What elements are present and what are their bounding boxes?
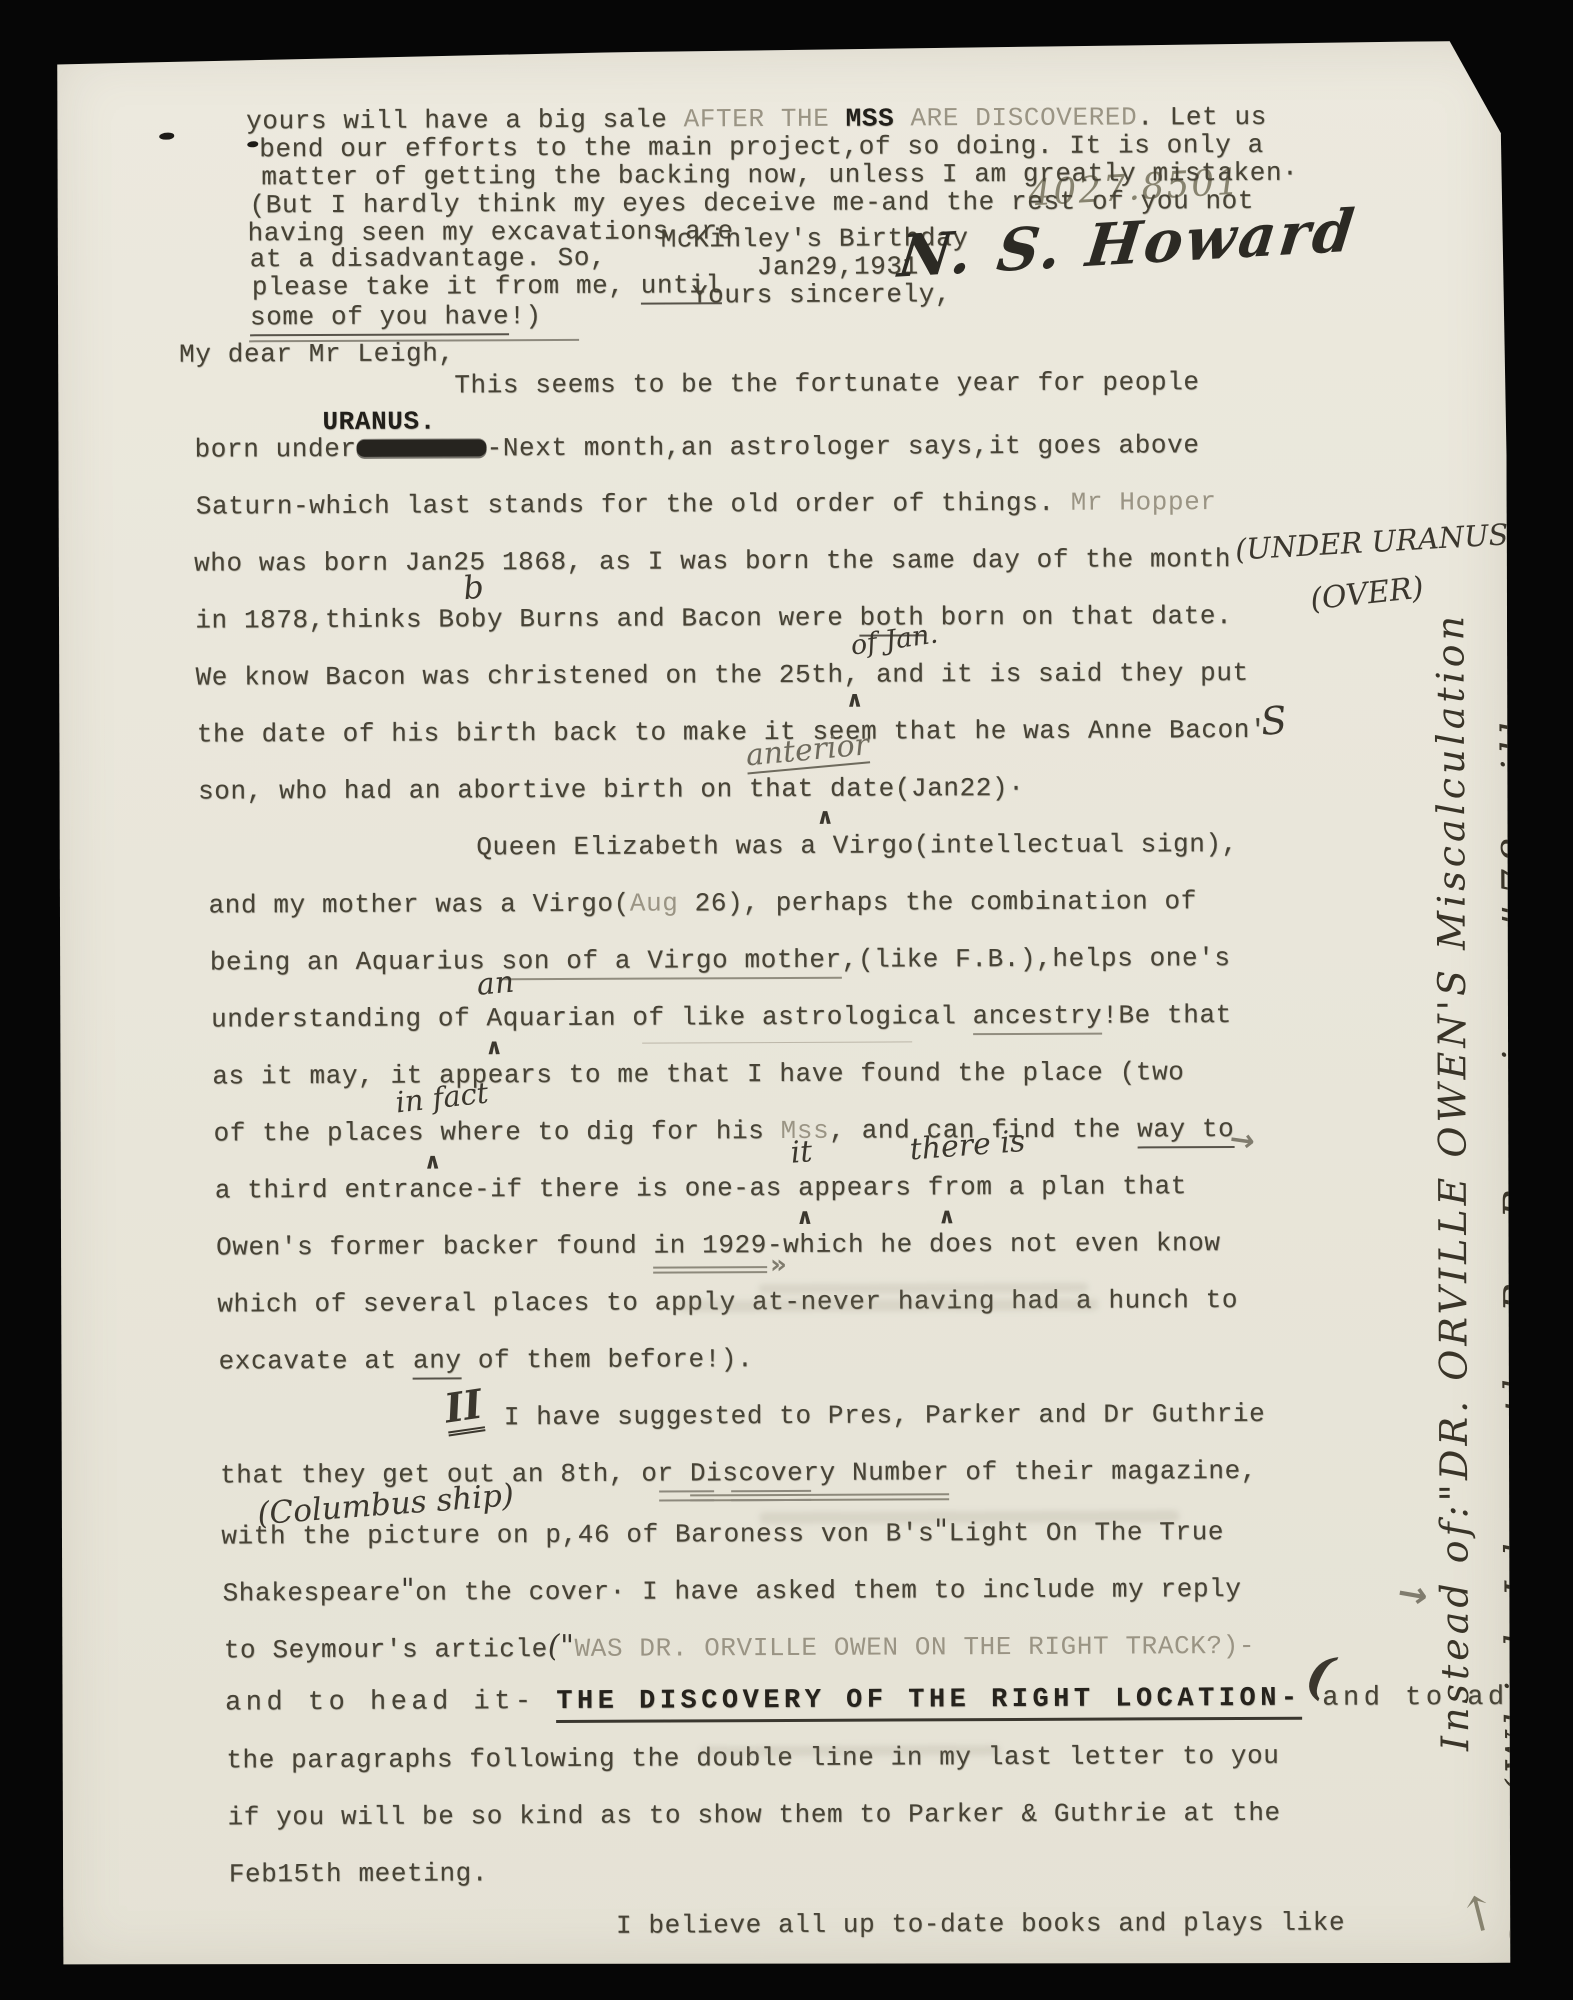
typed-line: We know Bacon was christened on the 25th… (196, 660, 1249, 691)
text-segment: please take it from me, (252, 271, 641, 303)
bleed-through (759, 1510, 1179, 1524)
text-segment: !Be that (1102, 1000, 1232, 1031)
text-segment: ,(like F.B.),helps one's (842, 943, 1231, 975)
typed-line: born under-Next month,an astrologer says… (195, 432, 1200, 462)
caret-icon: ∧ (846, 690, 864, 712)
text-segment: in 1878,thinks Boby Burns and Bacon were (195, 603, 859, 636)
text-segment: (" (548, 1629, 575, 1664)
typed-line: This seems to be the fortunate year for … (454, 369, 1199, 398)
margin-note-instead-of: Instead of:"DR. ORVILLE OWEN'S Miscalcul… (1432, 691, 1481, 1751)
way-to-arrow-icon: → (1228, 1124, 1257, 1157)
text-segment: Discovery Number (690, 1457, 949, 1501)
paper-crease (642, 1041, 912, 1043)
text-segment: Mr Hopper (1071, 487, 1217, 518)
typed-line: Shakespeare"on the cover· I have asked t… (222, 1572, 1241, 1606)
insertion-there-is: there is (909, 1127, 1027, 1165)
bleed-through (700, 1745, 1000, 1756)
typed-line: URANUS. (322, 409, 436, 435)
typed-line: if you will be so kind as to show them t… (227, 1800, 1280, 1831)
text-segment: ancestry (973, 1001, 1103, 1036)
typed-line: having seen my excavations are (248, 218, 734, 246)
insertion-an: an (476, 968, 516, 1001)
text-segment: Owen's former backer found (216, 1231, 654, 1263)
underline-arrowhead-icon: » (770, 1252, 787, 1278)
typed-line: as it may, it appears to me that I have … (212, 1059, 1184, 1089)
typed-line: the date of his birth back to make it se… (197, 717, 1266, 748)
typed-line: to Seymour's article("WAS DR. ORVILLE OW… (224, 1629, 1255, 1663)
scanned-letter-page: { "header": { "penciled_number": "4027.8… (0, 0, 1573, 2000)
typed-line: Owen's former backer found in 1929-which… (216, 1230, 1221, 1260)
text-segment: and to add (1302, 1683, 1530, 1714)
text-segment: yours will have a big sale (246, 104, 684, 136)
paragraph-ii-mark: II (442, 1385, 486, 1437)
margin-over: (OVER) (1309, 573, 1425, 615)
typed-line: of the places where to dig for his Mss, … (213, 1116, 1234, 1146)
text-segment: on the cover· I have asked them to inclu… (415, 1574, 1241, 1608)
text-segment: understanding of Aquarian of like astrol… (211, 1001, 973, 1034)
text-segment: any (413, 1345, 462, 1379)
insertion-in-fact: in fact (394, 1079, 490, 1118)
arrow-to-margin-note-icon: → (1395, 1575, 1431, 1616)
typed-line: Saturn-which last stands for the old ord… (196, 489, 1217, 519)
text-segment: son, who had an abortive birth on that d… (198, 773, 1024, 807)
caret-icon: ∧ (816, 807, 834, 829)
bleed-through (678, 1299, 1098, 1313)
text-segment: being an Aquarius (210, 946, 502, 977)
text-segment: Feb15th meeting. (229, 1858, 488, 1889)
typed-line: that they get out an 8th, or Discovery N… (220, 1458, 1257, 1489)
text-segment: -which he does not even know (767, 1228, 1221, 1260)
typed-line: excavate at any of them before!). (218, 1346, 753, 1374)
typed-line: and to head it- THE DISCOVERY OF THE RIG… (225, 1685, 1529, 1718)
text-segment: Shakespeare (222, 1578, 400, 1609)
typed-line: son, who had an abortive birth on that d… (198, 775, 1024, 805)
up-arrow-icon: ↑ (1454, 1887, 1505, 1943)
typed-line: at a disadvantage. So, (250, 245, 607, 273)
text-segment: in 1929 (653, 1230, 767, 1273)
text-segment: of them before!). (462, 1344, 754, 1375)
text-segment: " (401, 1573, 416, 1608)
caret-icon: ∧ (796, 1207, 814, 1229)
crossed-out-word (357, 439, 487, 457)
caret-icon: ∧ (424, 1151, 442, 1173)
inserted-letter-b: b (462, 570, 485, 604)
text-segment: Saturn-which last stands for the old ord… (196, 488, 1071, 522)
text-segment: This seems to be the fortunate year for … (454, 367, 1199, 400)
typed-line: Feb15th meeting. (229, 1860, 488, 1887)
caret-icon: ∧ (485, 1037, 503, 1059)
top-note-label: (top) (1506, 1909, 1573, 1948)
typed-line: who was born Jan25 1868, as I was born t… (194, 546, 1231, 577)
text-segment: son of a Virgo mother (501, 945, 841, 980)
inserted-letter-s: S (1259, 701, 1288, 741)
margin-under-uranus: (UNDER URANUS), (1234, 519, 1529, 565)
text-segment: AFTER THE (684, 104, 846, 135)
text-segment (894, 103, 910, 133)
text-segment: who was born Jan25 1868, as I was born t… (194, 544, 1231, 579)
insertion-anterior: anterior (745, 730, 871, 774)
text-segment: as it may, it appears to me that I have … (212, 1057, 1184, 1091)
text-segment: WAS DR. ORVILLE OWEN ON THE RIGHT TRACK?… (575, 1631, 1256, 1664)
typed-line: I believe all up to-date books and plays… (616, 1910, 1345, 1939)
ink-speck (159, 133, 174, 140)
text-segment: until (641, 270, 722, 304)
bleed-through (758, 1283, 1088, 1294)
text-segment: Aug (630, 888, 679, 918)
typed-line: a third entrance-if there is one-as appe… (215, 1173, 1187, 1203)
text-segment: some of you have (250, 301, 509, 336)
double-line-mark (659, 1490, 714, 1501)
text-segment: excavate at (218, 1346, 413, 1377)
text-segment: !) (509, 301, 542, 331)
text-segment: of the places where to dig for his (213, 1116, 780, 1148)
text-segment: way to (1137, 1114, 1234, 1148)
text-segment: and to head it- (225, 1687, 556, 1718)
text-segment: THE DISCOVERY OF THE RIGHT LOCATION- (556, 1684, 1301, 1723)
text-segment: We know Bacon was christened on the 25th… (196, 658, 1249, 693)
typed-line: My dear Mr Leigh, (179, 340, 455, 367)
text-segment: and my mother was a Virgo( (208, 889, 629, 921)
typed-line: in 1878,thinks Boby Burns and Bacon were… (195, 603, 1232, 634)
double-line-mark (731, 1490, 811, 1501)
text-segment: a third entrance-if there is one-as appe… (215, 1171, 1187, 1205)
text-segment: Queen Elizabeth was a Virgo(intellectual… (476, 829, 1238, 862)
letter-paper: 4027.8501 McKinley's Birthday Jan29,1931… (53, 41, 1513, 1969)
text-segment: MSS (846, 104, 895, 134)
text-segment: the date of his birth back to make it se… (197, 715, 1266, 750)
typed-line: understanding of Aquarian of like astrol… (211, 1002, 1232, 1032)
text-segment: My dear Mr Leigh, (179, 338, 455, 369)
text-segment: . Let us (1137, 102, 1267, 133)
text-segment: born on that date. (924, 601, 1232, 632)
typed-line: please take it from me, until (252, 272, 722, 300)
typed-line: some of you have!) (250, 303, 542, 330)
text-segment: URANUS. (322, 407, 436, 437)
text-segment: I have suggested to Pres, Parker and Dr … (504, 1399, 1266, 1432)
typed-line: I have suggested to Pres, Parker and Dr … (504, 1401, 1266, 1430)
text-segment: (But I hardly think my eyes deceive me-a… (249, 186, 1254, 220)
caret-icon: ∧ (938, 1206, 956, 1228)
typed-line: and my mother was a Virgo(Aug 26), perha… (209, 888, 1197, 918)
insertion-it: it (790, 1137, 814, 1169)
text-segment: of their magazine, (949, 1456, 1257, 1487)
ink-speck (247, 141, 258, 147)
text-segment: ARE DISCOVERED (910, 102, 1137, 133)
text-segment: -Next month,an astrologer says,it goes a… (487, 430, 1200, 463)
typed-line: Queen Elizabeth was a Virgo(intellectual… (476, 831, 1238, 860)
text-segment: at a disadvantage. So, (250, 243, 607, 275)
typed-line: being an Aquarius son of a Virgo mother,… (210, 945, 1231, 975)
text-segment: I believe all up to-date books and plays… (616, 1908, 1345, 1941)
text-segment: if you will be so kind as to show them t… (227, 1798, 1280, 1833)
text-segment: 26), perhaps the combination of (678, 886, 1197, 918)
typed-line: (But I hardly think my eyes deceive me-a… (249, 188, 1254, 218)
text-segment: to Seymour's article (224, 1634, 548, 1665)
date-value: Jan29,1931 (757, 253, 919, 280)
text-segment: born under (195, 434, 357, 465)
margin-note-which-i-hope: (Which I hope the Br. Baconiana #78 will… (1496, 645, 1547, 1795)
